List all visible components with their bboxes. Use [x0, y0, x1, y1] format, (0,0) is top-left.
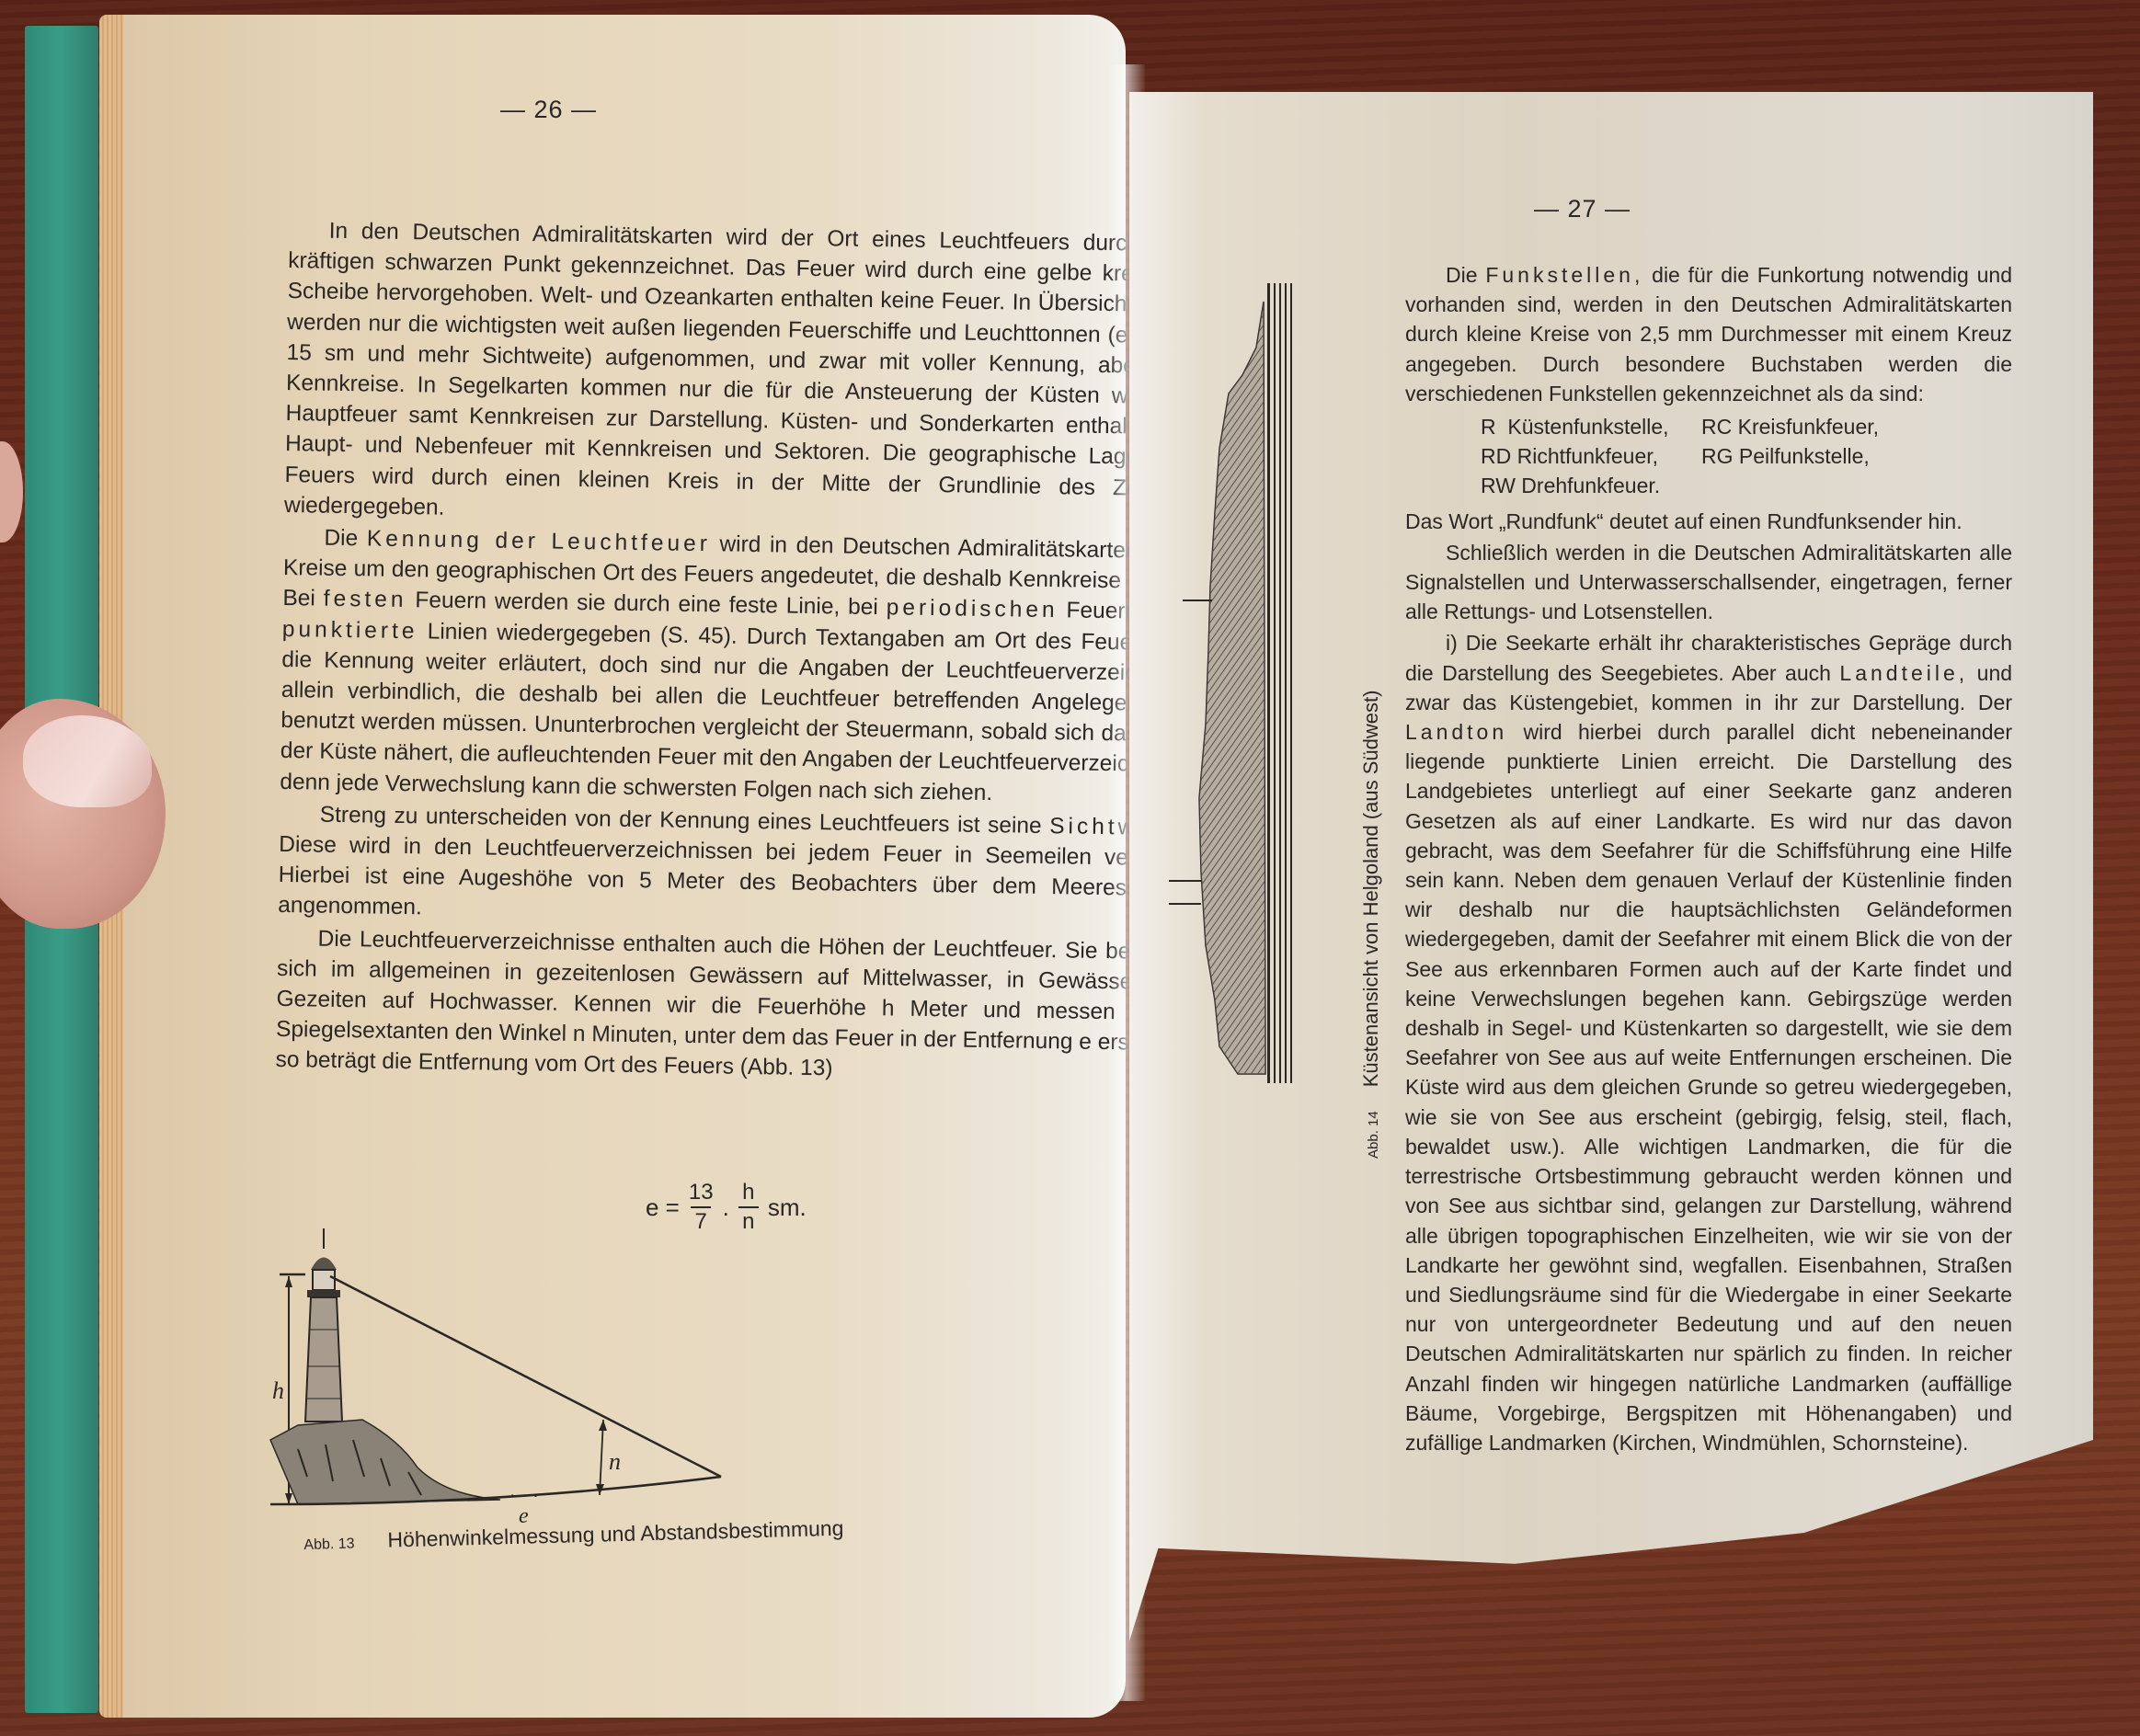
page-number-left: — 26 —: [500, 96, 597, 124]
label-h: h: [272, 1377, 284, 1404]
label-e: e: [519, 1504, 529, 1523]
paragraph-funkstellen: Die Funkstellen, die für die Funkortung …: [1405, 260, 2012, 408]
left-page-body: In den Deutschen Admiralitätskarten wird…: [275, 215, 1208, 1091]
left-page: — 26 — In den Deutschen Admiralitätskart…: [123, 15, 1126, 1718]
label-n: n: [609, 1448, 621, 1475]
abbreviation-row: RD Richtfunkfeuer, RG Peilfunkstelle,: [1481, 441, 2012, 471]
cliff-illustration: [270, 1420, 500, 1504]
distance-formula: e = 13 7 . h n sm.: [646, 1181, 807, 1234]
paragraph-feuerhoehe: Die Leuchtfeuerverzeichnisse enthalten a…: [275, 923, 1196, 1091]
paragraph-kennung: Die Kennung der Leuchtfeuer wird in den …: [280, 522, 1204, 811]
right-page: — 27 — Abb. 14 Küstenansicht von Helgola…: [1129, 92, 2093, 1641]
paragraph-light-positions: In den Deutschen Admiralitätskarten wird…: [284, 215, 1208, 535]
radio-station-abbreviations: R Küstenfunkstelle, RC Kreisfunkfeuer, R…: [1481, 412, 2012, 501]
lighthouse-icon: [305, 1228, 342, 1422]
abbreviation-row: RW Drehfunkfeuer.: [1481, 471, 2012, 500]
emphasis-kennung: Kennung der Leuchtfeuer: [367, 526, 711, 556]
fraction-13-7: 13 7: [689, 1181, 714, 1234]
svg-text:. . .: . . .: [509, 1479, 539, 1502]
abbreviation-row: R Küstenfunkstelle, RC Kreisfunkfeuer,: [1481, 412, 2012, 441]
figure-14-caption: Abb. 14 Küstenansicht von Helgoland (aus…: [1359, 691, 1383, 1159]
right-page-body: Die Funkstellen, die für die Funkortung …: [1405, 260, 2012, 1459]
paragraph-rundfunk: Das Wort „Rundfunk“ deutet auf einen Run…: [1405, 507, 2012, 536]
page-number-right: — 27 —: [1534, 195, 1631, 223]
lighthouse-angle-diagram: h . . . n e: [261, 1228, 739, 1523]
paragraph-sichtweite: Streng zu unterscheiden von der Kennung …: [278, 799, 1199, 936]
helgoland-coast-illustration: [1164, 283, 1302, 1083]
paragraph-signalstellen: Schließlich werden in die Deutschen Admi…: [1405, 538, 2012, 627]
paragraph-seekarte: i) Die Seekarte erhält ihr charakteristi…: [1405, 628, 2012, 1457]
fraction-h-n: h n: [738, 1181, 759, 1234]
